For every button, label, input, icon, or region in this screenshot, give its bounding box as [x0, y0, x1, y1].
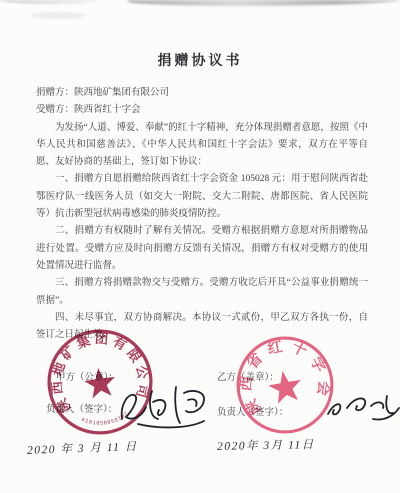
recipient-line: 受赠方：陕西省红十字会	[36, 102, 368, 119]
document-title: 捐赠协议书	[0, 50, 400, 70]
clause-2: 二、捐赠方有权随时了解有关情况。受赠方根据捐赠方意愿对所捐赠物品进行处置。受赠方…	[36, 223, 368, 275]
donor-line: 捐赠方：陕西地矿集团有限公司	[36, 85, 368, 102]
party-b-signature	[324, 390, 400, 430]
signature-stroke	[122, 387, 204, 427]
seal-star-icon	[266, 368, 304, 405]
clause-1: 一、捐赠方自愿捐赠给陕西省红十字会资金 105028 元：用于慰问陕西省赴鄂医疗…	[36, 171, 368, 223]
party-a-date: 2020 年 3 月 11 日	[27, 438, 138, 458]
intro-paragraph: 为发扬“人道、博爱、奉献”的红十字精神，充分体现捐赠者意愿，按照《中华人民共和国…	[36, 120, 368, 172]
seal-star-icon	[83, 366, 118, 399]
document-page: 捐赠协议书 捐赠方：陕西地矿集团有限公司 受赠方：陕西省红十字会 为发扬“人道、…	[0, 0, 400, 493]
scan-artifact-streak	[128, 0, 400, 6]
scan-artifact-spot	[30, 12, 85, 19]
signature-stroke	[328, 396, 399, 420]
party-b-date: 2020年 3月 11日	[217, 436, 315, 454]
scan-artifact-streak	[0, 0, 100, 4]
party-a-signature	[116, 381, 220, 435]
clause-3: 三、捐赠方将捐赠款物交与受赠方。受赠方收讫后开具“公益事业捐赠统一票据”。	[36, 275, 368, 310]
document-body: 捐赠方：陕西地矿集团有限公司 受赠方：陕西省红十字会 为发扬“人道、博爱、奉献”…	[36, 85, 368, 344]
